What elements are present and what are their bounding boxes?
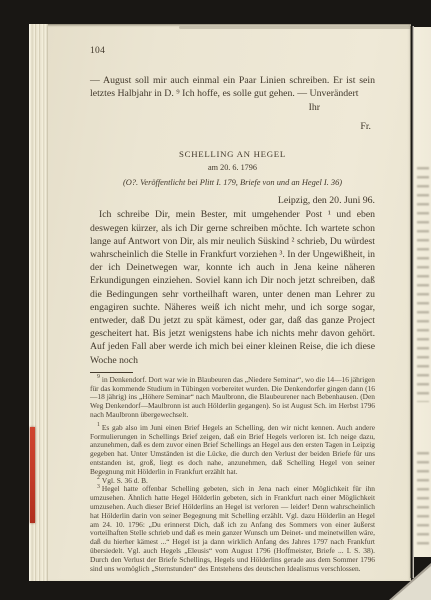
signature: Fr. (90, 120, 375, 133)
facing-page-text-blur (417, 452, 429, 547)
place-date-line: Leipzig, den 20. Juni 96. (90, 194, 375, 207)
page-top-edge (179, 26, 411, 29)
page-number: 104 (90, 46, 375, 57)
footnote-text: Es gab also im Juni einen Brief Hegels a… (90, 423, 375, 476)
footnote-3: 3Hegel hatte offenbar Schelling gebeten,… (90, 485, 375, 573)
valediction: Ihr (90, 101, 375, 114)
letter-heading: SCHELLING AN HEGEL am 20. 6. 1796 (O?. V… (90, 149, 375, 188)
footnote-9: 9in Denkendorf. Dort war wie in Blaubeur… (90, 376, 375, 420)
book-page: 104 — August soll mir auch einmal ein Pa… (29, 24, 411, 581)
footnote-text: Hegel hatte offenbar Schelling gebeten, … (90, 484, 375, 572)
carryover-paragraph: — August soll mir auch einmal ein Paar L… (90, 74, 375, 100)
footnote-text: in Denkendorf. Dort war wie in Blaubeure… (90, 375, 375, 419)
book-photo: 104 — August soll mir auch einmal ein Pa… (0, 0, 431, 600)
red-cover-sliver (30, 427, 35, 523)
letter-source-note: (O?. Veröffentlicht bei Plitt I. 179, Br… (90, 177, 375, 188)
facing-page-edge (414, 27, 431, 557)
facing-page-text-blur (417, 167, 429, 402)
printed-text-block: 104 — August soll mir auch einmal ein Pa… (90, 46, 375, 573)
letter-date: am 20. 6. 1796 (90, 163, 375, 173)
letter-title: SCHELLING AN HEGEL (90, 149, 375, 160)
footnote-divider (90, 372, 133, 373)
footnote-1: 1Es gab also im Juni einen Brief Hegels … (90, 424, 375, 477)
letter-body: Ich schreibe Dir, mein Bester, mit umgeh… (90, 208, 375, 366)
